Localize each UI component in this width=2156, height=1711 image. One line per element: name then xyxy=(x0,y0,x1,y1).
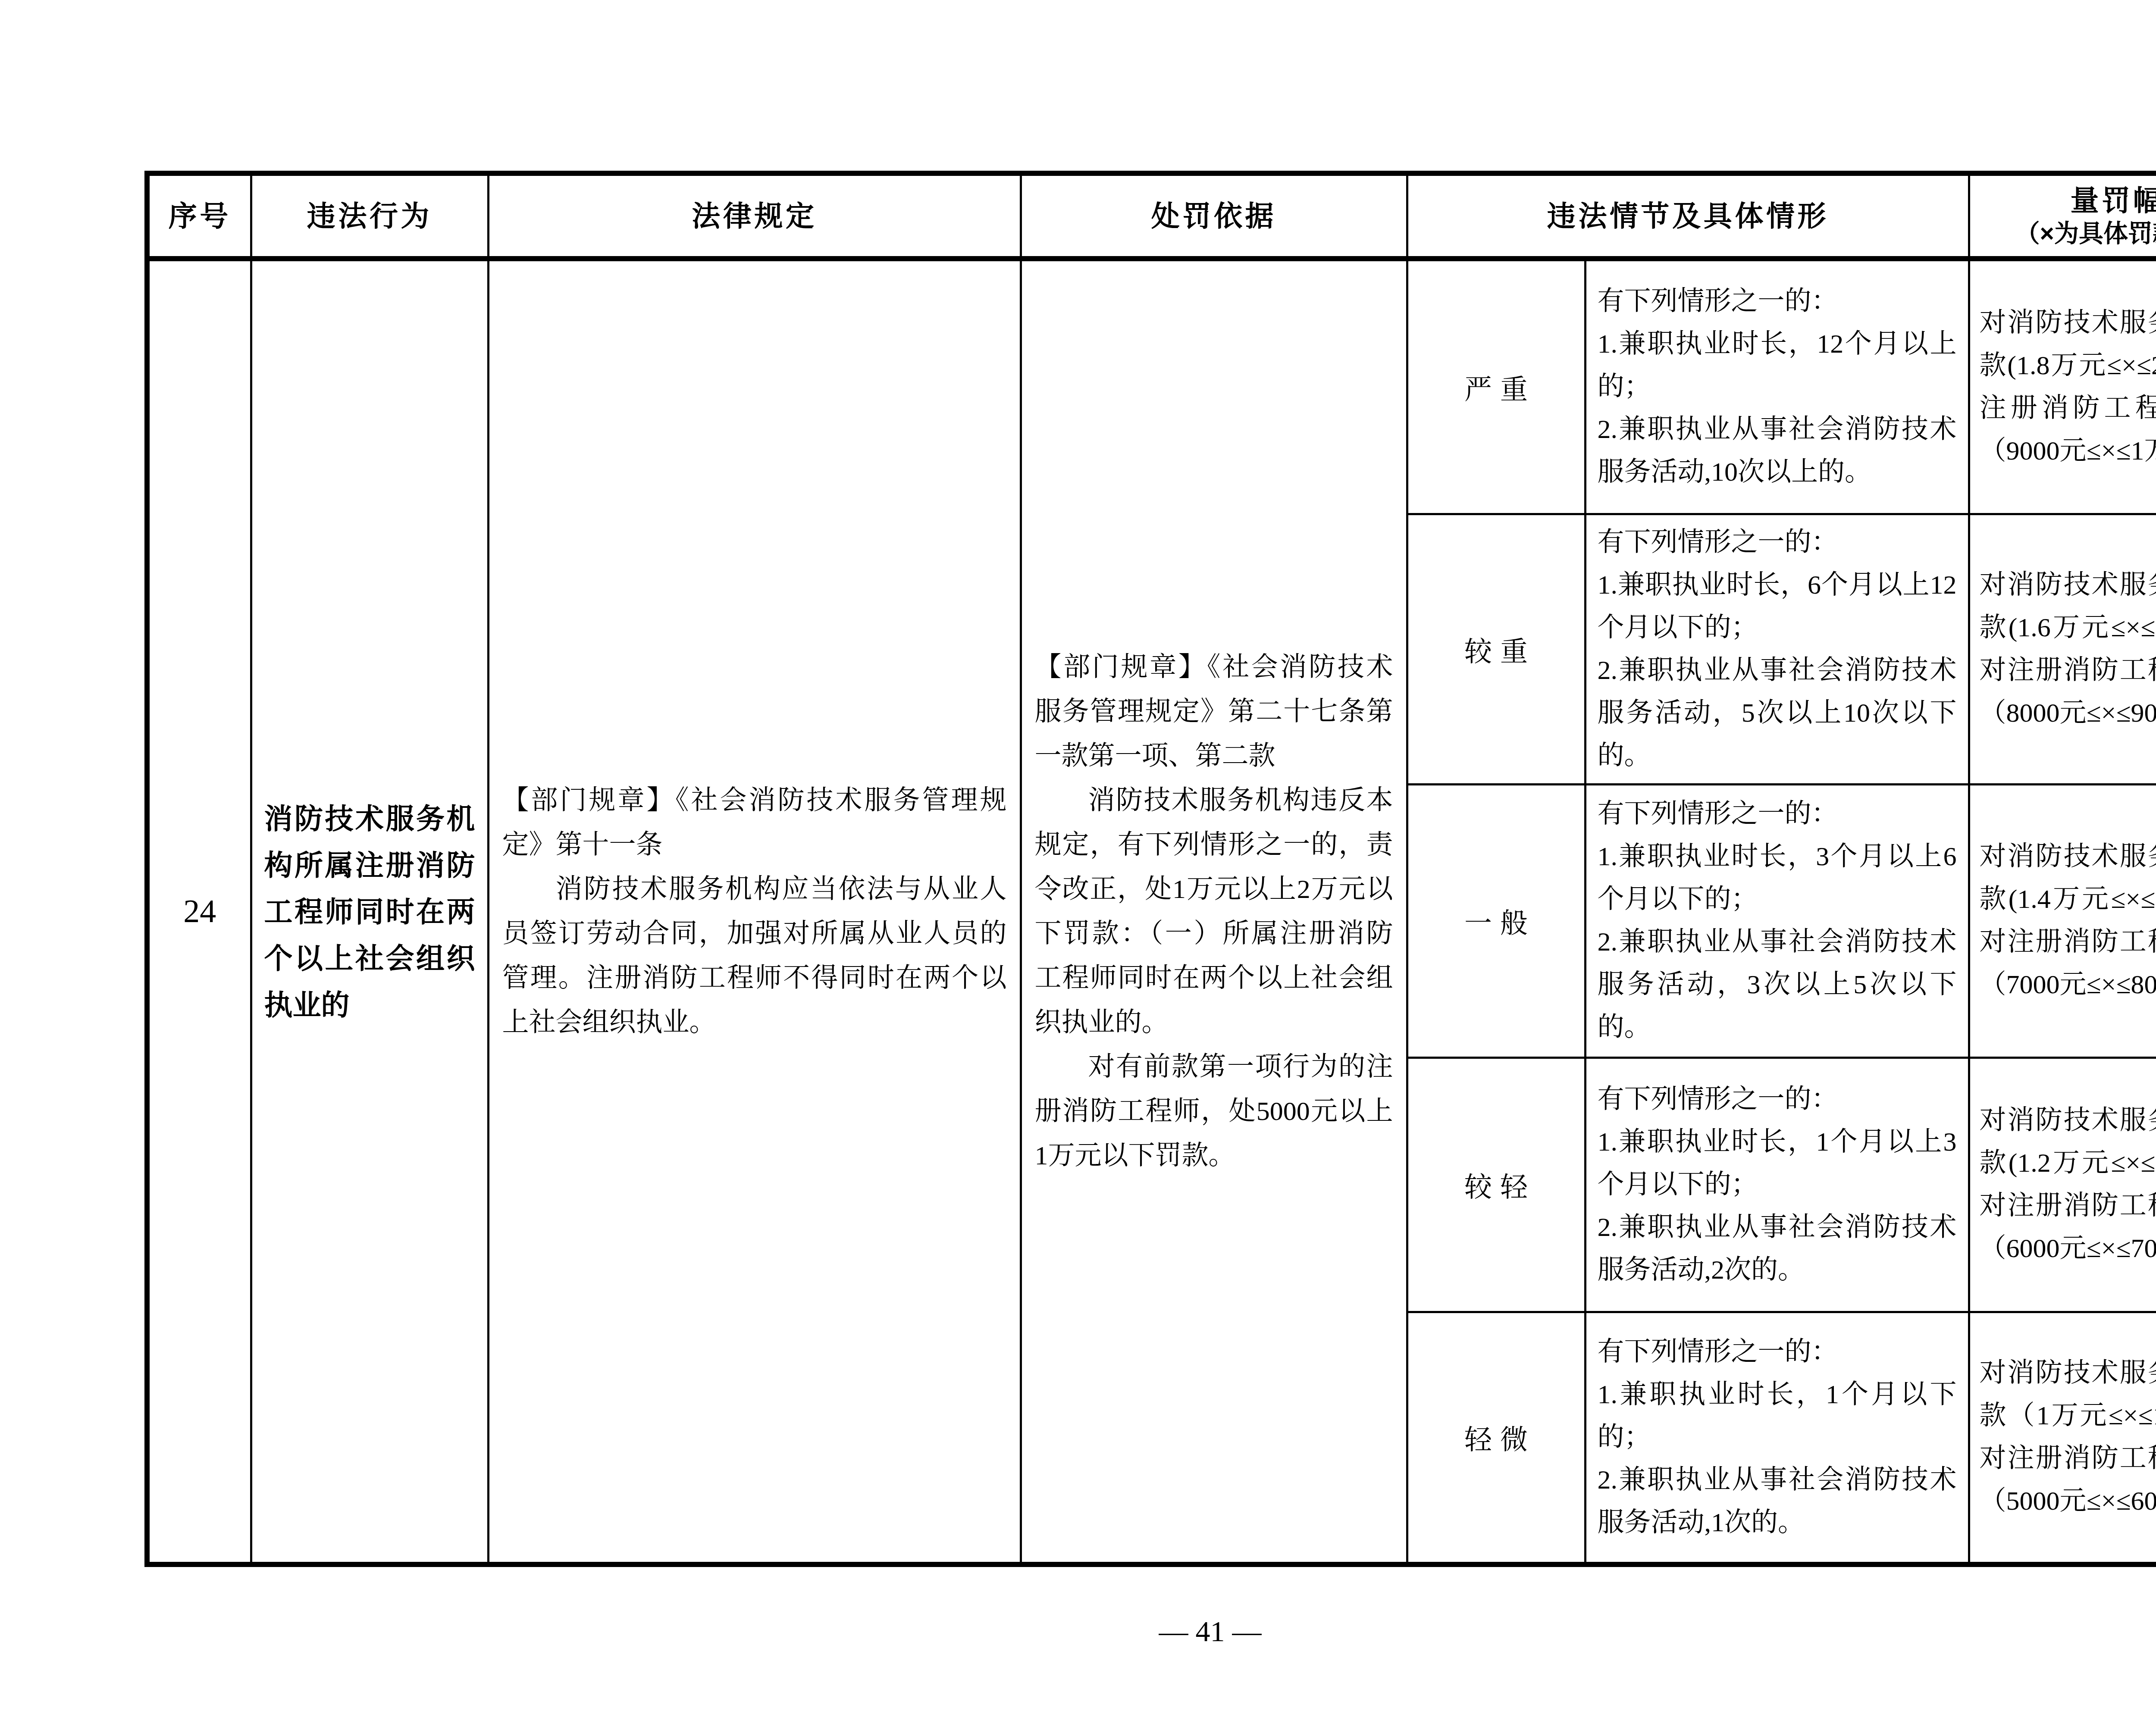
table-header-row: 序号 违法行为 法律规定 处罚依据 违法情节及具体情形 量罚幅度 （×为具体罚款… xyxy=(147,173,2156,259)
circumstance-item-2: 2.兼职执业从事社会消防技术服务活动，5次以上10次以下的。 xyxy=(1598,649,1957,777)
circumstance-intro: 有下列情形之一的： xyxy=(1598,521,1957,564)
cell-serial-number: 24 xyxy=(147,259,251,1564)
header-illegal-behavior: 违法行为 xyxy=(251,173,488,259)
circumstance-cell: 有下列情形之一的： 1.兼职执业时长，12个月以上的； 2.兼职执业从事社会消防… xyxy=(1585,259,1969,514)
circumstance-intro: 有下列情形之一的： xyxy=(1598,1078,1957,1121)
penalty-range-cell: 对消防技术服务机构处罚款(1.6万元≤×≤1.8万元)，对注册消防工程师处罚款（… xyxy=(1969,514,2156,784)
circumstance-item-2: 2.兼职执业从事社会消防技术服务活动,10次以上的。 xyxy=(1598,408,1957,494)
circumstance-item-1: 1.兼职执业时长，1个月以下的； xyxy=(1598,1373,1957,1459)
circumstance-item-2: 2.兼职执业从事社会消防技术服务活动,2次的。 xyxy=(1598,1206,1957,1292)
severity-level-cell: 严重 xyxy=(1407,259,1585,514)
circumstance-cell: 有下列情形之一的： 1.兼职执业时长，6个月以上12个月以下的； 2.兼职执业从… xyxy=(1585,514,1969,784)
legal-provision-text: 消防技术服务机构应当依法与从业人员签订劳动合同，加强对所属从业人员的管理。注册消… xyxy=(502,867,1007,1045)
circumstance-cell: 有下列情形之一的： 1.兼职执业时长，3个月以上6个月以下的； 2.兼职执业从事… xyxy=(1585,784,1969,1057)
page-number: — 41 — xyxy=(0,1614,2156,1648)
severity-level-cell: 轻微 xyxy=(1407,1312,1585,1564)
table-row: 24 消防技术服务机构所属注册消防工程师同时在两个以上社会组织执业的 【部门规章… xyxy=(147,259,2156,514)
penalty-discretion-table: 序号 违法行为 法律规定 处罚依据 违法情节及具体情形 量罚幅度 （×为具体罚款… xyxy=(144,171,2156,1567)
circumstance-intro: 有下列情形之一的： xyxy=(1598,280,1957,323)
penalty-range-cell: 对消防技术服务机构处罚款(1.2万元≤×≤1.4万元)，对注册消防工程师处罚款（… xyxy=(1969,1057,2156,1312)
penalty-range-cell: 对消防技术服务机构处罚款(1.4万元≤×≤1.6万元)，对注册消防工程师处罚款（… xyxy=(1969,784,2156,1057)
penalty-basis-title: 【部门规章】《社会消防技术服务管理规定》第二十七条第一款第一项、第二款 xyxy=(1035,645,1393,779)
cell-legal-provision: 【部门规章】《社会消防技术服务管理规定》第十一条 消防技术服务机构应当依法与从业… xyxy=(488,259,1021,1564)
header-penalty-range-note: （×为具体罚款金额） xyxy=(1974,219,2156,249)
penalty-basis-text-1: 消防技术服务机构违反本规定，有下列情形之一的，责令改正，处1万元以上2万元以下罚… xyxy=(1035,779,1393,1045)
circumstance-intro: 有下列情形之一的： xyxy=(1598,1331,1957,1373)
header-legal-provision: 法律规定 xyxy=(488,173,1021,259)
severity-level-cell: 一般 xyxy=(1407,784,1585,1057)
header-penalty-basis: 处罚依据 xyxy=(1021,173,1407,259)
penalty-range-cell: 对消防技术服务机构处罚款（1万元≤×≤1.2万元），对注册消防工程师处罚款（50… xyxy=(1969,1312,2156,1564)
header-penalty-range-title: 量罚幅度 xyxy=(2071,185,2156,216)
circumstance-item-1: 1.兼职执业时长，3个月以上6个月以下的； xyxy=(1598,835,1957,921)
circumstance-cell: 有下列情形之一的： 1.兼职执业时长，1个月以上3个月以下的； 2.兼职执业从事… xyxy=(1585,1057,1969,1312)
penalty-basis-text-2: 对有前款第一项行为的注册消防工程师，处5000元以上1万元以下罚款。 xyxy=(1035,1045,1393,1178)
circumstance-item-2: 2.兼职执业从事社会消防技术服务活动,1次的。 xyxy=(1598,1459,1957,1544)
header-penalty-range: 量罚幅度 （×为具体罚款金额） xyxy=(1969,173,2156,259)
header-serial-number: 序号 xyxy=(147,173,251,259)
circumstance-intro: 有下列情形之一的： xyxy=(1598,793,1957,835)
circumstance-item-1: 1.兼职执业时长，12个月以上的； xyxy=(1598,323,1957,408)
document-page: 序号 违法行为 法律规定 处罚依据 违法情节及具体情形 量罚幅度 （×为具体罚款… xyxy=(0,0,2156,1711)
circumstance-item-1: 1.兼职执业时长，6个月以上12个月以下的； xyxy=(1598,564,1957,649)
penalty-range-cell: 对消防技术服务机构处罚款(1.8万元≤×≤2万元)，对注册消防工程师处罚款（90… xyxy=(1969,259,2156,514)
severity-level-cell: 较重 xyxy=(1407,514,1585,784)
circumstance-item-1: 1.兼职执业时长，1个月以上3个月以下的； xyxy=(1598,1121,1957,1206)
legal-provision-title: 【部门规章】《社会消防技术服务管理规定》第十一条 xyxy=(502,779,1007,867)
severity-level-cell: 较轻 xyxy=(1407,1057,1585,1312)
header-circumstances: 违法情节及具体情形 xyxy=(1407,173,1969,259)
cell-illegal-behavior: 消防技术服务机构所属注册消防工程师同时在两个以上社会组织执业的 xyxy=(251,259,488,1564)
circumstance-item-2: 2.兼职执业从事社会消防技术服务活动，3次以上5次以下的。 xyxy=(1598,921,1957,1049)
circumstance-cell: 有下列情形之一的： 1.兼职执业时长，1个月以下的； 2.兼职执业从事社会消防技… xyxy=(1585,1312,1969,1564)
cell-penalty-basis: 【部门规章】《社会消防技术服务管理规定》第二十七条第一款第一项、第二款 消防技术… xyxy=(1021,259,1407,1564)
